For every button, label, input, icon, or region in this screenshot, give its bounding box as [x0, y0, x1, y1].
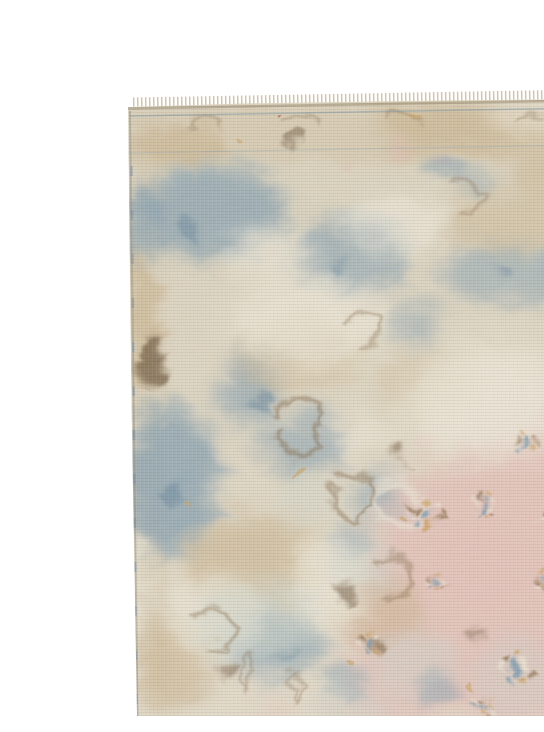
rug-image	[116, 88, 544, 716]
rug-photo-canvas	[40, 16, 544, 716]
grain-overlay	[120, 91, 544, 716]
rug-product-photo	[40, 16, 544, 716]
